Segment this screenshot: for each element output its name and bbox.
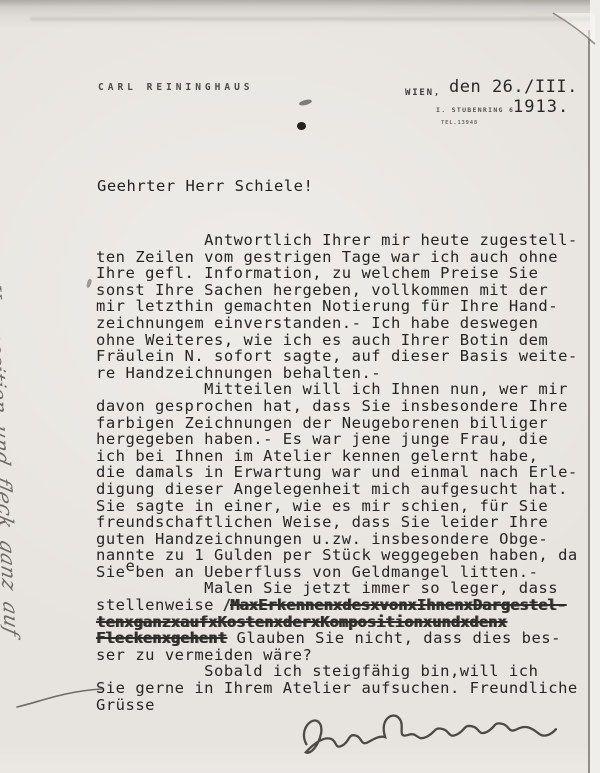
ink-blot	[297, 122, 306, 130]
letterhead-sender: CARL REININGHAUS	[98, 82, 254, 93]
letterhead-street: I. STUBENRING 6	[436, 106, 514, 114]
marginalia-line-1: Komposition und fleck ganz auf	[0, 265, 26, 700]
letterhead-date: den 26./III.	[449, 77, 578, 97]
ink-smudge	[299, 99, 313, 107]
letterhead-year: 1913.	[513, 97, 569, 117]
folded-corner-icon	[548, 4, 600, 50]
letterhead-phone: TEL.13948	[441, 120, 478, 126]
inserted-letter: e	[126, 557, 136, 575]
letter-body: Antwortlich Ihrer mir heute zugestell- t…	[96, 232, 596, 713]
paragraph-1: Antwortlich Ihrer mir heute zugestell- t…	[96, 231, 578, 382]
marginalia-flourish	[14, 682, 106, 710]
scan-streak	[30, 17, 595, 21]
signature-carl-reininghaus	[289, 695, 564, 771]
pen-mark	[86, 279, 93, 289]
letter-page: CARL REININGHAUS WIEN, den 26./III. I. S…	[0, 0, 600, 773]
paragraph-2: Mitteilen will ich Ihnen nun, wer mir da…	[96, 380, 578, 581]
salutation: Geehrter Herr Schiele!	[97, 177, 313, 195]
handwritten-marginalia: Komposition und fleck ganz auf kosten de…	[4, 265, 70, 697]
letterhead-city: WIEN,	[405, 88, 441, 98]
paragraph-2-end: ben an Ueberfluss von Geldmangel litten.…	[135, 563, 538, 581]
